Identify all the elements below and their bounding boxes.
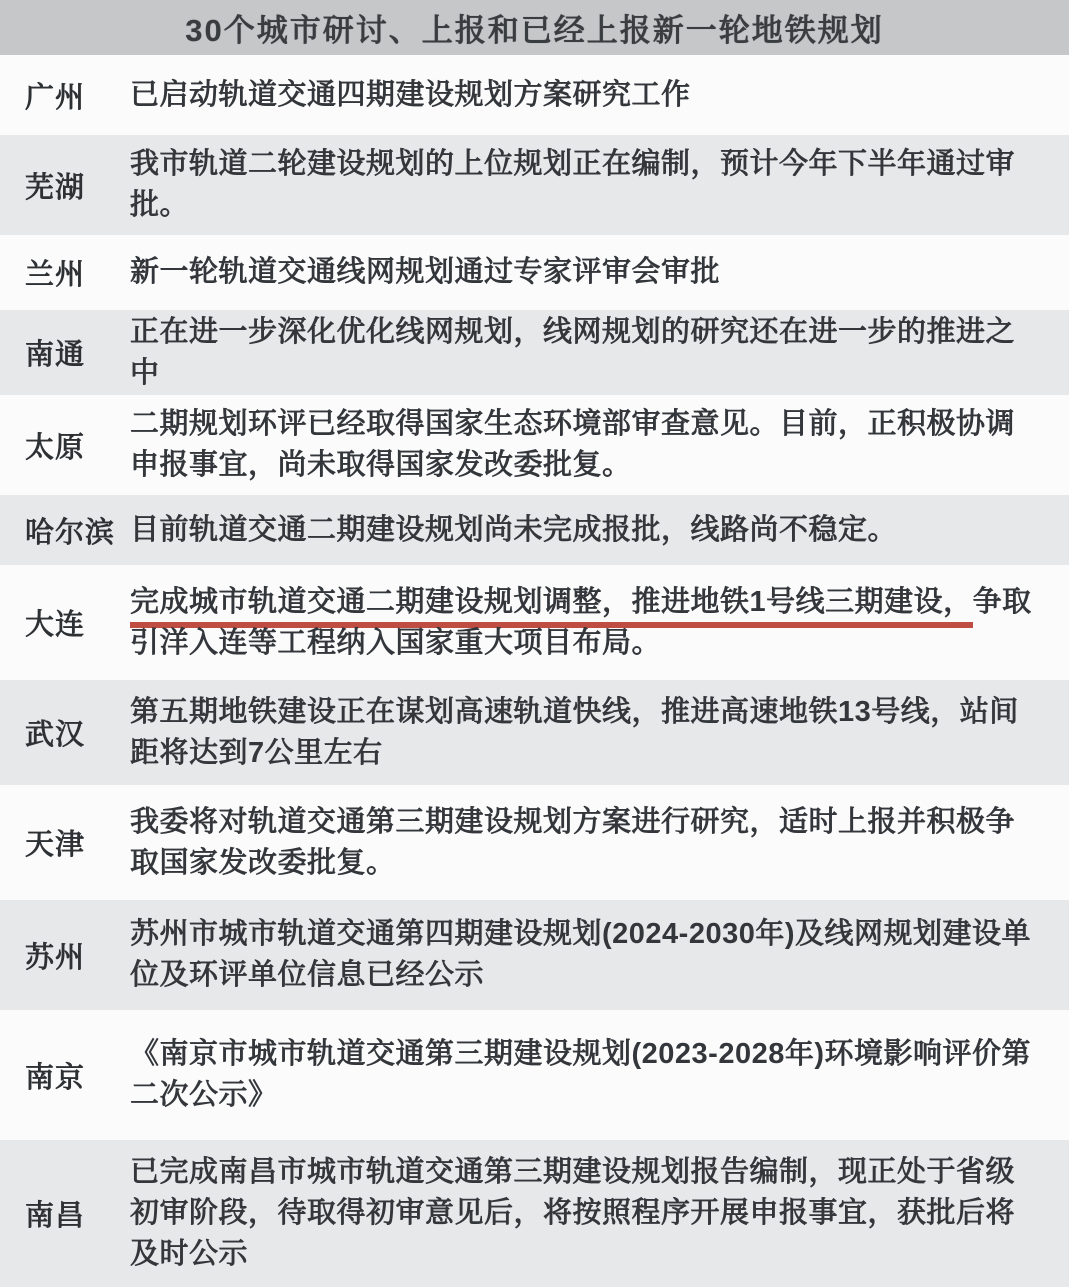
status-text: 我市轨道二轮建设规划的上位规划正在编制，预计今年下半年通过审批。	[118, 144, 1069, 226]
status-text: 新一轮轨道交通线网规划通过专家评审会审批	[118, 252, 1069, 293]
highlighted-status-text: 完成城市轨道交通二期建设规划调整，推进地铁1号线三期建设，	[130, 586, 973, 628]
city-label: 兰州	[0, 252, 118, 293]
city-label: 南通	[0, 332, 118, 373]
city-label: 大连	[0, 602, 118, 643]
status-text: 我委将对轨道交通第三期建设规划方案进行研究，适时上报并积极争取国家发改委批复。	[118, 802, 1069, 884]
table-row-taiyuan: 太原 二期规划环评已经取得国家生态环境部审查意见。目前，正积极协调申报事宜，尚未…	[0, 395, 1069, 495]
city-label: 苏州	[0, 935, 118, 976]
table-row-harbin: 哈尔滨 目前轨道交通二期建设规划尚未完成报批，线路尚不稳定。	[0, 495, 1069, 565]
status-text: 已启动轨道交通四期建设规划方案研究工作	[118, 75, 1069, 116]
table-row-guangzhou: 广州 已启动轨道交通四期建设规划方案研究工作	[0, 55, 1069, 135]
status-text: 已完成南昌市城市轨道交通第三期建设规划报告编制，现正处于省级初审阶段，待取得初审…	[118, 1152, 1069, 1275]
city-label: 太原	[0, 425, 118, 466]
table-row-nantong: 南通 正在进一步深化优化线网规划，线网规划的研究还在进一步的推进之中	[0, 310, 1069, 395]
status-text: 第五期地铁建设正在谋划高速轨道快线，推进高速地铁13号线，站间距将达到7公里左右	[118, 692, 1069, 774]
table-row-tianjin: 天津 我委将对轨道交通第三期建设规划方案进行研究，适时上报并积极争取国家发改委批…	[0, 785, 1069, 900]
metro-planning-table: 30个城市研讨、上报和已经上报新一轮地铁规划 广州 已启动轨道交通四期建设规划方…	[0, 0, 1080, 1287]
table-title: 30个城市研讨、上报和已经上报新一轮地铁规划	[185, 5, 883, 50]
city-label: 武汉	[0, 712, 118, 753]
table-row-nanchang: 南昌 已完成南昌市城市轨道交通第三期建设规划报告编制，现正处于省级初审阶段，待取…	[0, 1140, 1069, 1287]
table-row-nanjing: 南京 《南京市城市轨道交通第三期建设规划(2023-2028年)环境影响评价第二…	[0, 1010, 1069, 1140]
status-text: 目前轨道交通二期建设规划尚未完成报批，线路尚不稳定。	[118, 510, 1069, 551]
table-row-dalian: 大连 完成城市轨道交通二期建设规划调整，推进地铁1号线三期建设，争取引洋入连等工…	[0, 565, 1069, 680]
status-text: 《南京市城市轨道交通第三期建设规划(2023-2028年)环境影响评价第二次公示…	[118, 1034, 1069, 1116]
table-row-lanzhou: 兰州 新一轮轨道交通线网规划通过专家评审会审批	[0, 235, 1069, 310]
city-label: 天津	[0, 822, 118, 863]
table-row-wuhu: 芜湖 我市轨道二轮建设规划的上位规划正在编制，预计今年下半年通过审批。	[0, 135, 1069, 235]
table-sheet: 30个城市研讨、上报和已经上报新一轮地铁规划 广州 已启动轨道交通四期建设规划方…	[0, 0, 1069, 1287]
status-text: 正在进一步深化优化线网规划，线网规划的研究还在进一步的推进之中	[118, 312, 1069, 394]
table-row-wuhan: 武汉 第五期地铁建设正在谋划高速轨道快线，推进高速地铁13号线，站间距将达到7公…	[0, 680, 1069, 785]
city-label: 南昌	[0, 1193, 118, 1234]
status-text: 二期规划环评已经取得国家生态环境部审查意见。目前，正积极协调申报事宜，尚未取得国…	[118, 404, 1069, 486]
city-label: 广州	[0, 75, 118, 116]
status-text: 苏州市城市轨道交通第四期建设规划(2024-2030年)及线网规划建设单位及环评…	[118, 914, 1069, 996]
city-label: 南京	[0, 1055, 118, 1096]
table-row-suzhou: 苏州 苏州市城市轨道交通第四期建设规划(2024-2030年)及线网规划建设单位…	[0, 900, 1069, 1010]
status-text: 完成城市轨道交通二期建设规划调整，推进地铁1号线三期建设，争取引洋入连等工程纳入…	[118, 582, 1069, 664]
city-label: 芜湖	[0, 165, 118, 206]
city-label: 哈尔滨	[0, 510, 118, 551]
table-title-bar: 30个城市研讨、上报和已经上报新一轮地铁规划	[0, 0, 1069, 55]
